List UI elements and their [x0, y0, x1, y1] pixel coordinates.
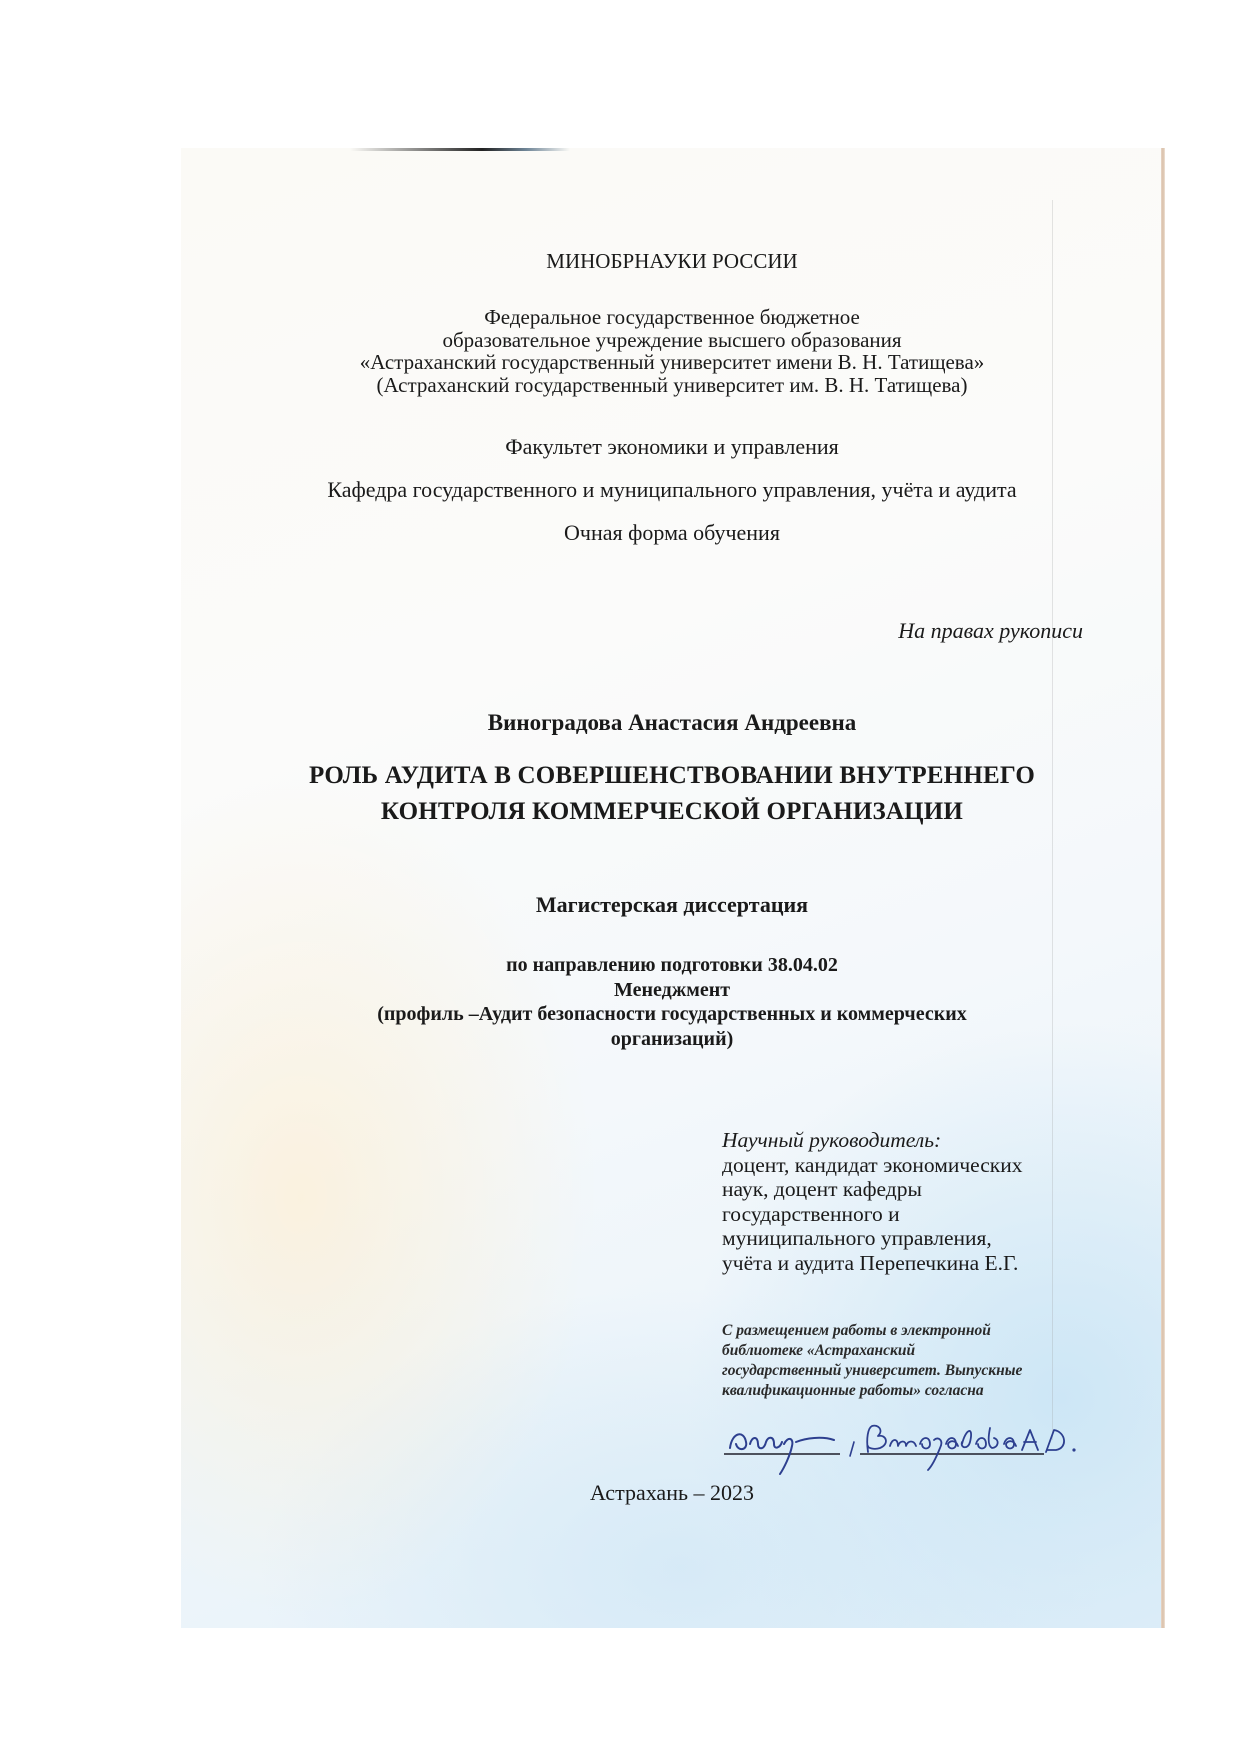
direction-line-4: организаций): [181, 1029, 1163, 1049]
handwritten-signature-icon: [722, 1418, 1122, 1478]
supervisor-line-5: учёта и аудита Перепечкина Е.Г.: [722, 1251, 1023, 1276]
institution-line-2: образовательное учреждение высшего образ…: [181, 330, 1163, 351]
photo-edge-shadow: [350, 148, 570, 151]
author-name: Виноградова Анастасия Андреевна: [181, 711, 1163, 734]
signature-row: [722, 1418, 1122, 1468]
consent-block: С размещением работы в электронной библи…: [722, 1321, 1022, 1401]
supervisor-line-1: доцент, кандидат экономических: [722, 1153, 1023, 1178]
department: Кафедра государственного и муниципальног…: [181, 479, 1163, 501]
manuscript-note: На правах рукописи: [898, 620, 1083, 642]
direction-line-1: по направлению подготовки 38.04.02: [181, 955, 1163, 975]
supervisor-label: Научный руководитель:: [722, 1128, 1023, 1153]
faculty: Факультет экономики и управления: [181, 436, 1163, 458]
direction-line-2: Менеджмент: [181, 980, 1163, 1000]
institution-line-1: Федеральное государственное бюджетное: [181, 307, 1163, 328]
institution-line-3: «Астраханский государственный университе…: [181, 352, 1163, 373]
thesis-title-line-1: РОЛЬ АУДИТА В СОВЕРШЕНСТВОВАНИИ ВНУТРЕНН…: [181, 763, 1163, 788]
work-type: Магистерская диссертация: [181, 894, 1163, 916]
consent-line-3: государственный университет. Выпускные: [722, 1361, 1022, 1381]
ministry-heading: МИНОБРНАУКИ РОССИИ: [181, 251, 1163, 272]
consent-line-4: квалификационные работы» согласна: [722, 1381, 1022, 1401]
consent-line-2: библиотеке «Астраханский: [722, 1341, 1022, 1361]
thesis-title-line-2: КОНТРОЛЯ КОММЕРЧЕСКОЙ ОРГАНИЗАЦИИ: [181, 799, 1163, 824]
institution-line-4: (Астраханский государственный университе…: [181, 375, 1163, 396]
supervisor-line-3: государственного и: [722, 1202, 1023, 1227]
supervisor-line-2: наук, доцент кафедры: [722, 1177, 1023, 1202]
direction-line-3: (профиль –Аудит безопасности государстве…: [181, 1004, 1163, 1024]
supervisor-line-4: муниципального управления,: [722, 1226, 1023, 1251]
consent-line-1: С размещением работы в электронной: [722, 1321, 1022, 1341]
city-and-year: Астрахань – 2023: [181, 1480, 1163, 1506]
supervisor-block: Научный руководитель: доцент, кандидат э…: [722, 1128, 1023, 1275]
study-form: Очная форма обучения: [181, 522, 1163, 544]
